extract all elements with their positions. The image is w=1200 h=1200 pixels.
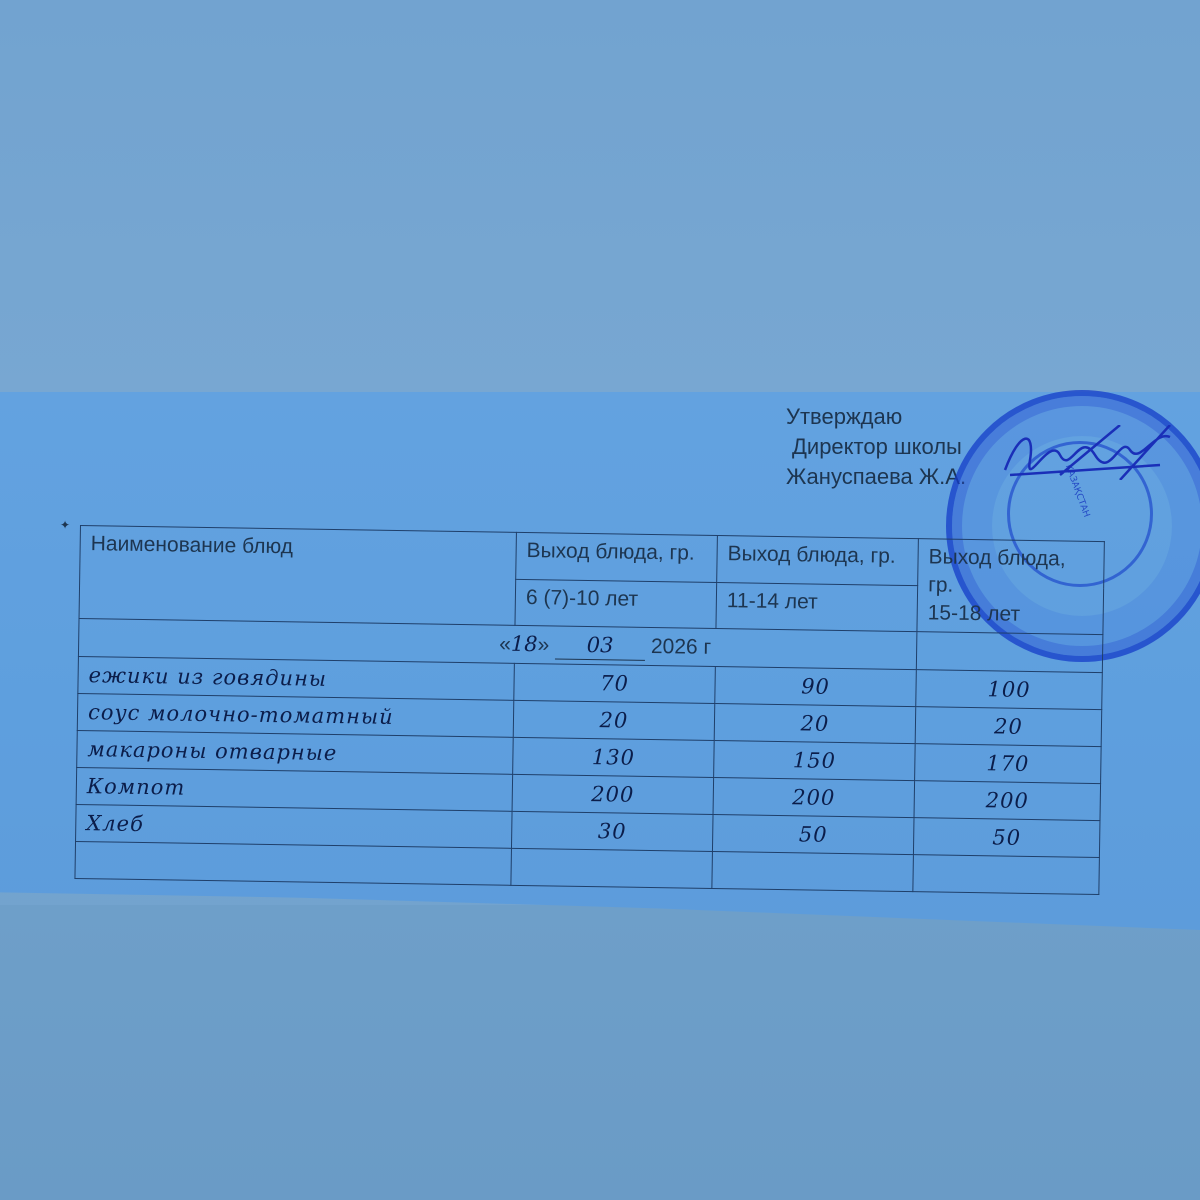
yield-age-2 xyxy=(712,851,914,891)
header-age-2: 11-14 лет xyxy=(716,582,918,632)
header-yield-3: Выход блюда, гр. 15-18 лет xyxy=(917,539,1104,635)
yield-age-2: 50 xyxy=(712,814,914,854)
date-day: 18 xyxy=(511,632,538,656)
yield-age-3: 20 xyxy=(915,707,1102,747)
yield-age-1: 20 xyxy=(513,700,715,740)
header-yield-2: Выход блюда, гр. xyxy=(717,536,919,586)
dish-name xyxy=(75,841,512,885)
approval-title: Утверждаю xyxy=(786,402,966,432)
yield-age-2: 20 xyxy=(714,703,916,743)
date-month: 03 xyxy=(555,630,645,660)
header-age-1: 6 (7)-10 лет xyxy=(515,579,717,629)
header-yield-3-label: Выход блюда, гр. xyxy=(928,545,1066,596)
header-age-3: 15-18 лет xyxy=(928,601,1021,625)
yield-age-1: 70 xyxy=(514,663,716,703)
approval-name: Жануспаева Ж.А. xyxy=(786,462,966,492)
yield-age-1: 30 xyxy=(511,811,713,851)
date-quote-open: « xyxy=(499,633,511,656)
yield-age-3: 170 xyxy=(915,744,1102,784)
yield-age-1: 200 xyxy=(512,774,714,814)
date-year: 2026 г xyxy=(651,635,712,659)
yield-age-2: 200 xyxy=(713,777,915,817)
table-surface xyxy=(0,905,1200,1200)
paper-mark-icon: ✦ xyxy=(60,518,70,532)
header-yield-1: Выход блюда, гр. xyxy=(516,532,718,582)
yield-age-2: 150 xyxy=(714,740,916,780)
approval-block: Утверждаю Директор школы Жануспаева Ж.А. xyxy=(786,402,966,492)
yield-age-3: 100 xyxy=(916,670,1103,710)
yield-age-3: 200 xyxy=(914,781,1101,821)
yield-age-3 xyxy=(913,855,1100,895)
menu-table: Наименование блюд Выход блюда, гр. Выход… xyxy=(74,525,1104,895)
approval-position: Директор школы xyxy=(786,432,966,462)
yield-age-2: 90 xyxy=(715,666,917,706)
signature-icon xyxy=(1000,425,1175,480)
header-dish-name: Наименование блюд xyxy=(79,526,516,626)
date-empty-cell xyxy=(916,632,1103,673)
yield-age-3: 50 xyxy=(913,818,1100,858)
yield-age-1: 130 xyxy=(513,737,715,777)
yield-age-1 xyxy=(511,848,713,888)
date-quote-close: » xyxy=(537,633,549,656)
